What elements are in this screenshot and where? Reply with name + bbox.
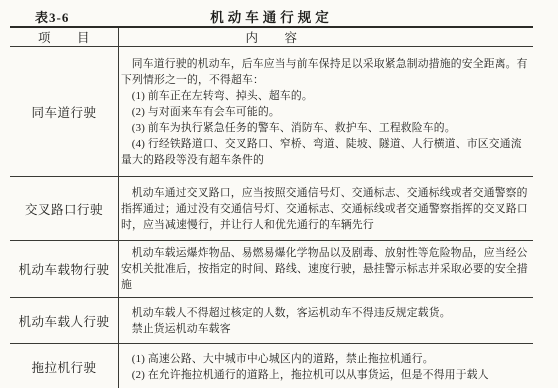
table-row: 交叉路口行驶 机动车通过交叉路口，应当按照交通信号灯、交通标志、交通标线或者交通…	[10, 176, 533, 240]
row-item-label: 机动车载人行驶	[18, 312, 109, 330]
content-paragraph: (2) 在允许拖拉机通行的道路上，拖拉机可以从事货运，但是不得用于载人	[121, 367, 529, 383]
row-content-cell: 机动车载人不得超过核定的人数，客运机动车不得违反规定载货。 禁止货运机动车载客	[119, 298, 533, 343]
content-paragraph: (1) 前车正在左转弯、掉头、超车的。	[121, 88, 529, 104]
table-row: 机动车载物行驶 机动车载运爆炸物品、易燃易爆化学物品以及剧毒、放射性等危险物品，…	[10, 240, 533, 297]
content-paragraph: (2) 与对面来车有会车可能的。	[121, 104, 529, 120]
row-content-cell: (1) 高速公路、大中城市中心城区内的道路，禁止拖拉机通行。 (2) 在允许拖拉…	[119, 344, 533, 388]
table-sheet: 表3-6 机动车通行规定 项 目 内 容 同车道行驶 同车道行驶的机动车，后车应…	[10, 5, 533, 388]
row-item-label: 同车道行驶	[31, 103, 96, 121]
row-item-cell: 同车道行驶	[10, 47, 119, 176]
content-paragraph: (3) 前车为执行紧急任务的警车、消防车、救护车、工程救险车的。	[121, 120, 529, 136]
content-paragraph: (4) 行经铁路道口、交叉路口、窄桥、弯道、陡坡、隧道、人行横道、市区交通流量大…	[121, 136, 529, 168]
column-header-item-cell: 项 目	[10, 28, 119, 46]
content-paragraph: 同车道行驶的机动车，后车应当与前车保持足以采取紧急制动措施的安全距离。有下列情形…	[121, 56, 529, 88]
table-row: 机动车载人行驶 机动车载人不得超过核定的人数，客运机动车不得违反规定载货。 禁止…	[10, 297, 533, 343]
traffic-rules-table: 项 目 内 容 同车道行驶 同车道行驶的机动车，后车应当与前车保持足以采取紧急制…	[10, 26, 533, 388]
column-header-content: 内 容	[245, 28, 297, 46]
content-paragraph: 机动车载运爆炸物品、易燃易爆化学物品以及剧毒、放射性等危险物品，应当经公安机关批…	[121, 245, 529, 293]
column-header-item: 项 目	[38, 28, 90, 46]
row-content-cell: 机动车载运爆炸物品、易燃易爆化学物品以及剧毒、放射性等危险物品，应当经公安机关批…	[119, 241, 533, 297]
content-paragraph: 机动车载人不得超过核定的人数，客运机动车不得违反规定载货。	[121, 305, 529, 321]
table-caption-row: 表3-6 机动车通行规定	[10, 5, 533, 26]
table-title: 机动车通行规定	[210, 6, 333, 26]
row-item-label: 机动车载物行驶	[18, 260, 109, 278]
table-caption: 表3-6	[35, 7, 69, 26]
row-content-cell: 机动车通过交叉路口，应当按照交通信号灯、交通标志、交通标线或者交通警察的指挥通过…	[119, 177, 533, 240]
column-header-content-cell	[119, 28, 533, 46]
row-item-cell: 机动车载物行驶	[10, 241, 119, 297]
row-item-cell: 机动车载人行驶	[10, 298, 119, 343]
table-header-row: 项 目 内 容	[10, 28, 533, 46]
content-paragraph: 机动车通过交叉路口，应当按照交通信号灯、交通标志、交通标线或者交通警察的指挥通过…	[121, 185, 529, 233]
content-paragraph: (1) 高速公路、大中城市中心城区内的道路，禁止拖拉机通行。	[121, 351, 529, 367]
content-paragraph: 禁止货运机动车载客	[121, 321, 529, 337]
row-item-cell: 交叉路口行驶	[10, 177, 119, 240]
document-page: 表3-6 机动车通行规定 项 目 内 容 同车道行驶 同车道行驶的机动车，后车应…	[0, 0, 558, 388]
row-item-label: 交叉路口行驶	[25, 200, 103, 218]
row-content-cell: 同车道行驶的机动车，后车应当与前车保持足以采取紧急制动措施的安全距离。有下列情形…	[119, 47, 533, 176]
row-item-cell: 拖拉机行驶	[10, 344, 119, 388]
table-row: 拖拉机行驶 (1) 高速公路、大中城市中心城区内的道路，禁止拖拉机通行。 (2)…	[10, 343, 533, 388]
row-item-label: 拖拉机行驶	[31, 358, 96, 376]
table-row: 同车道行驶 同车道行驶的机动车，后车应当与前车保持足以采取紧急制动措施的安全距离…	[10, 46, 533, 176]
